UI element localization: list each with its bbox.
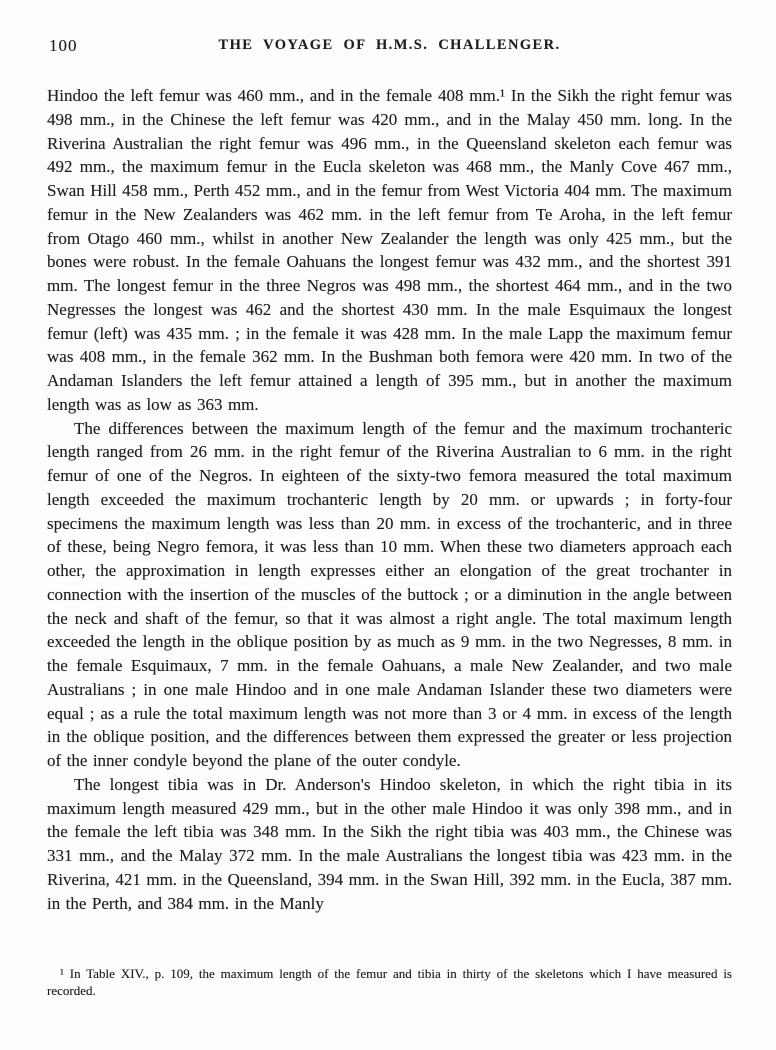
paragraph-tibia-lengths: The longest tibia was in Dr. Anderson's … xyxy=(47,773,732,916)
page-number: 100 xyxy=(49,36,78,56)
running-header-title: THE VOYAGE OF H.M.S. CHALLENGER. xyxy=(47,35,732,54)
paragraph-trochanteric-differences: The differences between the maximum leng… xyxy=(47,417,732,773)
paragraph-femur-lengths: Hindoo the left femur was 460 mm., and i… xyxy=(47,84,732,417)
body-text: Hindoo the left femur was 460 mm., and i… xyxy=(47,84,732,915)
book-page: 100 THE VOYAGE OF H.M.S. CHALLENGER. Hin… xyxy=(0,0,776,1050)
running-head: 100 THE VOYAGE OF H.M.S. CHALLENGER. xyxy=(47,35,732,57)
footnote: ¹ In Table XIV., p. 109, the maximum len… xyxy=(47,966,732,999)
